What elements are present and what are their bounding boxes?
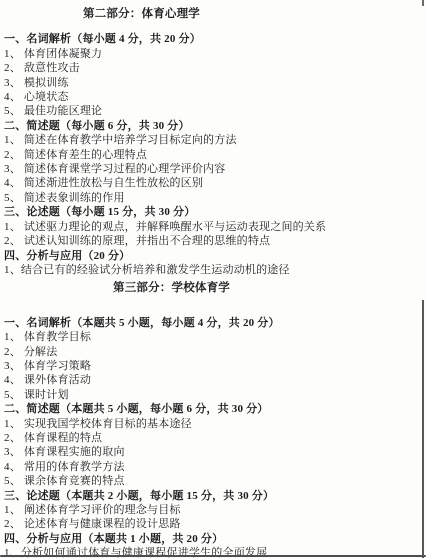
question-item: 1、 实现我国学校体育目标的基本途径 bbox=[4, 417, 426, 431]
question-item: 1、结合已有的经验试分析培养和激发学生运动动机的途径 bbox=[4, 263, 426, 277]
section-school-physical-education: 第三部分：学校体育学 一、名词解析（本题共 5 小题，每小题 4 分，共 20 … bbox=[4, 281, 426, 558]
question-group-short-answer: 二、简述题（本题共 5 小题，每小题 6 分，共 30 分） 1、 实现我国学校… bbox=[4, 402, 426, 488]
question-item: 3、 简述体育课堂学习过程的心理学评价内容 bbox=[4, 162, 426, 176]
question-item: 5、 课时计划 bbox=[4, 388, 426, 402]
question-item: 3、 模拟训练 bbox=[4, 76, 426, 90]
question-group-short-answer: 二、简述题（每小题 6 分，共 30 分） 1、 简述在体育教学中培养学习目标定… bbox=[4, 119, 426, 205]
scanned-exam-page: 第二部分：体育心理学 一、名词解析（每小题 4 分，共 20 分） 1、 体育团… bbox=[0, 0, 426, 558]
question-item: 4、 简述渐进性放松与自生性放松的区别 bbox=[4, 176, 426, 190]
question-item: 2、 分解法 bbox=[4, 345, 426, 359]
group-header: 一、名词解析（每小题 4 分，共 20 分） bbox=[4, 32, 426, 46]
question-item: 5、 课余体育竞赛的特点 bbox=[4, 474, 426, 488]
question-item: 2、 试述认知训练的原理，并指出不合理的思维的特点 bbox=[4, 234, 426, 248]
section-title: 第二部分：体育心理学 bbox=[83, 7, 426, 21]
question-item: 2、 敌意性攻击 bbox=[4, 61, 426, 75]
question-item: 3、 体育学习策略 bbox=[4, 359, 426, 373]
document-content: 第二部分：体育心理学 一、名词解析（每小题 4 分，共 20 分） 1、 体育团… bbox=[4, 7, 426, 558]
question-item: 1、 阐述体育学习评价的理念与目标 bbox=[4, 503, 426, 517]
question-group-essay: 三、论述题（本题共 2 小题，每小题 15 分，共 30 分） 1、 阐述体育学… bbox=[4, 489, 426, 532]
section-sports-psychology: 第二部分：体育心理学 一、名词解析（每小题 4 分，共 20 分） 1、 体育团… bbox=[4, 7, 426, 277]
question-group-essay: 三、论述题（每小题 15 分，共 30 分） 1、 试述驱力理论的观点，并解释唤… bbox=[4, 205, 426, 248]
question-item: 1、 体育教学目标 bbox=[4, 330, 426, 344]
question-item: 1、 简述在体育教学中培养学习目标定向的方法 bbox=[4, 133, 426, 147]
question-item: 5、 最佳功能区理论 bbox=[4, 104, 426, 118]
section-title: 第三部分：学校体育学 bbox=[113, 281, 426, 295]
question-item: 2、 论述体育与健康课程的设计思路 bbox=[4, 517, 426, 531]
page-bottom-edge bbox=[0, 555, 426, 557]
question-item: 3、 体育课程实施的取向 bbox=[4, 445, 426, 459]
question-item: 5、 简述表象训练的作用 bbox=[4, 191, 426, 205]
question-item: 4、 常用的体育教学方法 bbox=[4, 460, 426, 474]
page-top-right-edge-mark bbox=[422, 0, 424, 6]
question-group-noun-definitions: 一、名词解析（每小题 4 分，共 20 分） 1、 体育团体凝聚力 2、 敌意性… bbox=[4, 32, 426, 118]
page-right-edge bbox=[422, 300, 424, 558]
group-header: 四、分析与应用（本题共 1 小题，共 20 分） bbox=[4, 532, 426, 546]
question-item: 4、 心境状态 bbox=[4, 90, 426, 104]
question-group-noun-definitions: 一、名词解析（本题共 5 小题，每小题 4 分，共 20 分） 1、 体育教学目… bbox=[4, 316, 426, 402]
question-item: 2、 简述体育差生的心理特点 bbox=[4, 148, 426, 162]
group-header: 二、简述题（每小题 6 分，共 30 分） bbox=[4, 119, 426, 133]
group-header: 二、简述题（本题共 5 小题，每小题 6 分，共 30 分） bbox=[4, 402, 426, 416]
question-item: 4、 课外体育活动 bbox=[4, 373, 426, 387]
question-group-analysis-application: 四、分析与应用（20 分） 1、结合已有的经验试分析培养和激发学生运动动机的途径 bbox=[4, 249, 426, 278]
group-header: 一、名词解析（本题共 5 小题，每小题 4 分，共 20 分） bbox=[4, 316, 426, 330]
question-item: 1、 试述驱力理论的观点，并解释唤醒水平与运动表现之间的关系 bbox=[4, 220, 426, 234]
group-header: 三、论述题（本题共 2 小题，每小题 15 分，共 30 分） bbox=[4, 489, 426, 503]
group-header: 三、论述题（每小题 15 分，共 30 分） bbox=[4, 205, 426, 219]
question-item: 2、 体育课程的特点 bbox=[4, 431, 426, 445]
question-item: 1、 体育团体凝聚力 bbox=[4, 47, 426, 61]
group-header: 四、分析与应用（20 分） bbox=[4, 249, 426, 263]
